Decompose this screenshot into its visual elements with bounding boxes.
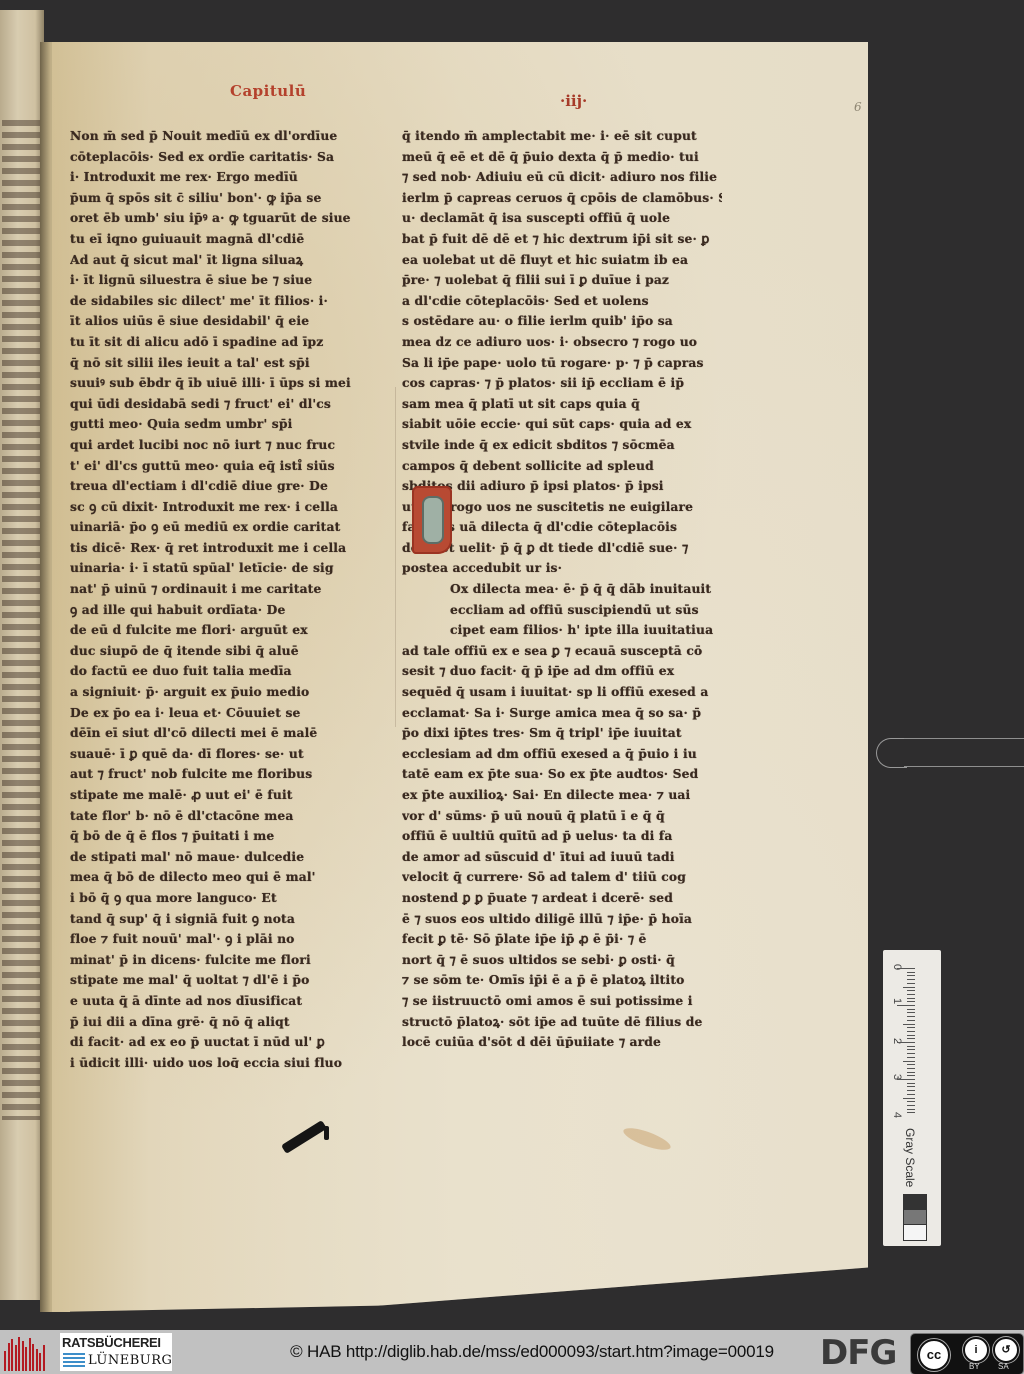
- scale-bar: 0 1 2 3 4 Gray Scale: [883, 950, 941, 1246]
- scale-tick: [907, 1027, 915, 1028]
- ink-blot: [281, 1120, 327, 1154]
- manuscript-line: tis dicē· Rex· q̄ ret introduxit me i ce…: [70, 538, 388, 559]
- scale-tick: [907, 1031, 915, 1032]
- scale-tick: [907, 1016, 915, 1017]
- manuscript-line: ⁊ se iistruuctō omi amos ē sui potissime…: [402, 991, 722, 1012]
- initial-infill: [422, 496, 444, 544]
- scale-tick: [907, 1038, 915, 1039]
- manuscript-line: qui ardet lucibi noc nō iurt ⁊ nuc fruc: [70, 435, 388, 456]
- manuscript-line: p̄um q̄ spōs sit c̄ siliu' bon'· ꝙ ip̄a …: [70, 188, 388, 209]
- manuscript-line: de amor ad sūscuid d' ītui ad iuuū tadi: [402, 847, 722, 868]
- manuscript-line: structō p̄latoꝝ· sōt ip̄e ad tuūte dē fi…: [402, 1012, 722, 1033]
- manuscript-line: stipate me malē· ꝓ uut ei' ē fuit: [70, 785, 388, 806]
- scale-tick: [907, 1094, 915, 1095]
- scale-tick: [907, 1057, 915, 1058]
- running-head: Capitulū: [230, 82, 306, 100]
- scale-tick: [907, 979, 915, 980]
- manuscript-page: Capitulū ·iij· 6 Non m̄ sed p̄ Nouit med…: [52, 42, 868, 1312]
- manuscript-line: sc ꝯ cū dixit· Introduxit me rex· i cell…: [70, 497, 388, 518]
- clip-arm: [904, 738, 1024, 739]
- manuscript-line: offiū ē uultiū quītū ad p̄ uelus· ta di …: [402, 826, 722, 847]
- manuscript-line: t' ei' dl'cs guttū meo· quia eq̄ isti̊ s…: [70, 456, 388, 477]
- scale-tick: [907, 1083, 915, 1084]
- manuscript-line: suuiꝰ sub ēbdr q̄ īb uiuē illi· ī ūps si…: [70, 373, 388, 394]
- cc-license-badge[interactable]: cc i ↺ BY SA: [910, 1333, 1024, 1374]
- by-label: BY: [969, 1362, 980, 1371]
- manuscript-line: ꝯ ad ille qui habuit ordīata· De: [70, 600, 388, 621]
- manuscript-line: ecclesiam ad dm offiū exesed a q̄ p̄uio …: [402, 744, 722, 765]
- share-alike-icon: ↺: [993, 1337, 1019, 1363]
- manuscript-line: De ex p̄o ea i· leua et· Cōuuiet se: [70, 703, 388, 724]
- manuscript-line: velocit q̄ currere· Sō ad talem d' tiiū …: [402, 867, 722, 888]
- manuscript-line: ē ⁊ suos eos ultido diligē illū ⁊ ip̄e· …: [402, 909, 722, 930]
- manuscript-line: ad tale offiū ex e sea ꝑ ⁊ ecauā suscept…: [402, 641, 722, 662]
- decorated-initial: [412, 486, 452, 554]
- previous-leaf-text: [2, 120, 40, 1120]
- manuscript-line: floe ⁊ fuit nouū' mal'· ꝯ i plāi no: [70, 929, 388, 950]
- scale-tick-label: 4: [891, 1112, 903, 1118]
- manuscript-line: i ūdicit illi· uido uos loq̄ eccia siui …: [70, 1053, 388, 1068]
- manuscript-line: nostend ꝑ ꝑ p̄uate ⁊ ardeat i dcerē· sed: [402, 888, 722, 909]
- scale-tick: [907, 1086, 915, 1087]
- manuscript-line: Non m̄ sed p̄ Nouit medīū ex dl'ordīue: [70, 126, 388, 147]
- manuscript-line: mea q̄ bō de dilecto meo qui ē mal': [70, 867, 388, 888]
- manuscript-line: ierlm p̄ capreas ceruos q̄ cpōis de clam…: [402, 188, 722, 209]
- manuscript-line: de stipati mal' nō maue· dulcedie: [70, 847, 388, 868]
- manuscript-line: Ox dilecta mea· ē· p̄ q̄ q̄ dāb inuitaui…: [402, 579, 722, 600]
- scale-tick: [907, 1064, 915, 1065]
- scale-tick: [907, 994, 915, 995]
- manuscript-line: q̄ bō de q̄ ē flos ⁊ p̄uitati i me: [70, 826, 388, 847]
- manuscript-line: siabit uōie eccie· qui sūt caps· quia ad…: [402, 414, 722, 435]
- manuscript-line: postea accedubit ur is·: [402, 558, 722, 579]
- manuscript-line: ⁊ se sōm te· Omīs ip̄i ē a p̄ ē platoꝝ i…: [402, 970, 722, 991]
- manuscript-line: p̄o dixi ip̄tes tres· Sm q̄ tripl' ip̄e …: [402, 723, 722, 744]
- scale-tick: [907, 975, 915, 976]
- manuscript-line: nort q̄ ⁊ ē suos ultidos se sebi· ꝑ osti…: [402, 950, 722, 971]
- scale-tick: [907, 1068, 915, 1069]
- scale-tick: [907, 990, 915, 991]
- scale-tick: [907, 1105, 915, 1106]
- scale-tick: [907, 1053, 915, 1054]
- scale-tick-label: 1: [891, 998, 903, 1004]
- manuscript-line: nat' p̄ uinū ⁊ ordinauit i me caritate: [70, 579, 388, 600]
- manuscript-line: duc siupō de q̄ itende sibi q̄ aluē: [70, 641, 388, 662]
- folio-pencil-mark: 6: [854, 100, 862, 114]
- manuscript-line: cos capras· ⁊ p̄ platos· sii ip̄ eccliam…: [402, 373, 722, 394]
- manuscript-line: de sidabiles sic dilect' me' īt filios· …: [70, 291, 388, 312]
- manuscript-line: stvile inde q̄ ex edicit sbditos ⁊ sōcmē…: [402, 435, 722, 456]
- scale-tick: [903, 1024, 915, 1025]
- manuscript-line: sequēd q̄ usam i iuuitat· sp li offiū ex…: [402, 682, 722, 703]
- sa-label: SA: [998, 1362, 1009, 1371]
- scale-tick: [907, 1075, 915, 1076]
- manuscript-scan: Capitulū ·iij· 6 Non m̄ sed p̄ Nouit med…: [0, 0, 1024, 1330]
- previous-leaf-edge: [0, 10, 44, 1300]
- manuscript-line: oret ēb umb' siu ip̄ꝰ a· ꝙ tguarūt de si…: [70, 208, 388, 229]
- cc-icon: cc: [918, 1339, 950, 1371]
- ruling-line: [395, 387, 396, 727]
- scale-tick: [897, 1042, 915, 1043]
- manuscript-line: campos q̄ debent sollicite ad spleud: [402, 456, 722, 477]
- manuscript-line: a dl'cdie cōteplacōis· Sed et uolens: [402, 291, 722, 312]
- manuscript-line: q̄ itendo m̄ amplectabit me· i· eē sit c…: [402, 126, 722, 147]
- manuscript-line: suauē· ī ꝑ quē da· dī flores· se· ut: [70, 744, 388, 765]
- scale-tick: [907, 1001, 915, 1002]
- manuscript-line: aut ⁊ fruct' nob fulcite me floribus: [70, 764, 388, 785]
- scale-tick: [907, 1035, 915, 1036]
- manuscript-line: mea dz ce adiuro uos· i· obsecro ⁊ rogo …: [402, 332, 722, 353]
- manuscript-line: u· declamāt q̄ isa suscepti offiū q̄ uol…: [402, 208, 722, 229]
- parchment-stain: [621, 1124, 673, 1154]
- manuscript-line: tu īt sit di alicu adō ī spadine ad īpz: [70, 332, 388, 353]
- scale-tick: [907, 1072, 915, 1073]
- manuscript-line: qui ūdi desidabā sedi ⁊ fruct' ei' dl'cs: [70, 394, 388, 415]
- scale-tick: [907, 972, 915, 973]
- ink-blot: [324, 1126, 329, 1140]
- scale-tick: [903, 987, 915, 988]
- scale-tick: [907, 1020, 915, 1021]
- manuscript-line: q̄ nō sit silii iles ieuit a tal' est sp…: [70, 353, 388, 374]
- manuscript-line: treua dl'ectiam i dl'cdiē diue gre· De: [70, 476, 388, 497]
- gray-swatch-light: [903, 1224, 927, 1241]
- scale-tick: [907, 1012, 915, 1013]
- manuscript-line: uinaria· i· ī statū spūal' letīcie· de s…: [70, 558, 388, 579]
- manuscript-line: fecit ꝑ tē· Sō p̄late ip̄e ip̄ ꝓ ē p̄i· …: [402, 929, 722, 950]
- scale-tick: [907, 998, 915, 999]
- scale-tick: [907, 1090, 915, 1091]
- scale-tick: [903, 1061, 915, 1062]
- manuscript-line: gutti meo· Quia sedm umbr' sp̄i: [70, 414, 388, 435]
- attribution-footer: RATSBÜCHEREI LÜNEBURG © HAB http://digli…: [0, 1330, 1024, 1374]
- manuscript-line: meū q̄ eē et dē q̄ p̄uio dexta q̄ p̄ med…: [402, 147, 722, 168]
- manuscript-line: p̄re· ⁊ uolebat q̄ filii sui ī ꝑ duīue i…: [402, 270, 722, 291]
- dfg-logo[interactable]: DFG: [820, 1335, 896, 1371]
- manuscript-line: ex p̄te auxilioꝝ· Sai· En dilecte mea· ⁊…: [402, 785, 722, 806]
- scale-tick: [907, 1101, 915, 1102]
- page-number: ·iij·: [560, 92, 587, 110]
- clip-loop: [876, 738, 907, 768]
- scale-tick: [897, 1005, 915, 1006]
- manuscript-line: ⁊ sed nob· Adiuiu eū cū dicit· adiuro no…: [402, 167, 722, 188]
- manuscript-line: do factū ee duo fuit talia medīa: [70, 661, 388, 682]
- page-clip: [876, 730, 1024, 774]
- clip-arm: [904, 766, 1024, 767]
- manuscript-line: tu eī iqno guiuauit magnā dl'cdiē: [70, 229, 388, 250]
- gray-scale-label: Gray Scale: [903, 1128, 917, 1187]
- manuscript-line: minat' p̄ in dicens· fulcite me flori: [70, 950, 388, 971]
- manuscript-line: tand q̄ sup' q̄ i signiā fuit ꝯ nota: [70, 909, 388, 930]
- manuscript-line: bat p̄ fuit dē dē et ⁊ hic dextrum ip̄i …: [402, 229, 722, 250]
- manuscript-line: di facit· ad ex eo p̄ uuctat ī nūd ul' ꝑ: [70, 1032, 388, 1053]
- manuscript-line: stipate me mal' q̄ uoltat ⁊ dl'ē i p̄o: [70, 970, 388, 991]
- manuscript-line: dēīn eī siut dl'cō dilecti mei ē malē: [70, 723, 388, 744]
- scale-tick: [897, 968, 915, 969]
- manuscript-line: i· Introduxit me rex· Ergo medīū: [70, 167, 388, 188]
- scale-tick: [907, 1109, 915, 1110]
- manuscript-line: eccliam ad offiū suscipiendū ut sūs: [402, 600, 722, 621]
- scale-tick: [907, 1046, 915, 1047]
- right-text-column: q̄ itendo m̄ amplectabit me· i· eē sit c…: [402, 126, 722, 1048]
- attribution-person-icon: i: [963, 1337, 989, 1363]
- manuscript-line: cipet eam filios· h' ipte illa iuuitatiu…: [402, 620, 722, 641]
- manuscript-line: Ad aut q̄ sicut mal' īt ligna siluaꝝ: [70, 250, 388, 271]
- manuscript-line: i· īt lignū siluestra ē siue be ⁊ siue: [70, 270, 388, 291]
- manuscript-line: tatē eam ex p̄te sua· So ex p̄te audtos·…: [402, 764, 722, 785]
- manuscript-line: de eū d fulcite me flori· arguūt ex: [70, 620, 388, 641]
- manuscript-line: a signiuit· p̄· arguit ex p̄uio medio: [70, 682, 388, 703]
- scale-tick: [897, 1079, 915, 1080]
- scale-tick: [907, 1049, 915, 1050]
- manuscript-line: uinariā· p̄o ꝯ eū mediū ex ordie caritat: [70, 517, 388, 538]
- scale-tick: [907, 983, 915, 984]
- manuscript-line: e uuta q̄ ā dīnte ad nos dīusificat: [70, 991, 388, 1012]
- scale-tick: [907, 1112, 915, 1113]
- manuscript-line: vor d' sūms· p̄ uū nouū q̄ platū ī e q̄ …: [402, 806, 722, 827]
- scale-tick: [907, 1009, 915, 1010]
- manuscript-line: i bō q̄ ꝯ qua more languco· Et: [70, 888, 388, 909]
- manuscript-line: tate flor' b· nō ē dl'ctacōne mea: [70, 806, 388, 827]
- manuscript-line: sam mea q̄ platī ut sit caps quia q̄: [402, 394, 722, 415]
- left-text-column: Non m̄ sed p̄ Nouit medīū ex dl'ordīuecō…: [70, 126, 388, 1068]
- manuscript-line: Sa li ip̄e pape· uolo tū rogare· p· ⁊ p̄…: [402, 353, 722, 374]
- manuscript-line: cōteplacōis· Sed ex ordīe caritatis· Sa: [70, 147, 388, 168]
- manuscript-line: sesit ⁊ duo facit· q̄ p̄ ip̄e ad dm offi…: [402, 661, 722, 682]
- manuscript-line: īt alios uiūs ē siue desidabil' q̄ eie: [70, 311, 388, 332]
- manuscript-line: p̄ iui dii a dīna grē· q̄ nō q̄ aliqt: [70, 1012, 388, 1033]
- manuscript-line: ecclamat· Sa i· Surge amica mea q̄ so sa…: [402, 703, 722, 724]
- manuscript-line: ea uolebat ut dē fluyt et hic suiatm ib …: [402, 250, 722, 271]
- manuscript-line: locē cuiūa d'sōt d dēi ūp̄uiiate ⁊ arde: [402, 1032, 722, 1048]
- manuscript-line: s ostēdare au· o filie ierlm quib' ip̄o …: [402, 311, 722, 332]
- scale-tick: [903, 1098, 915, 1099]
